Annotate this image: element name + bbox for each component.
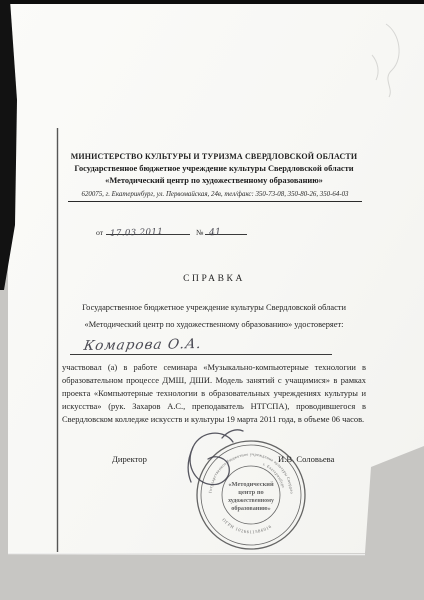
scanned-certificate-page: МИНИСТЕРСТВО КУЛЬТУРЫ И ТУРИЗМА СВЕРДЛОВ… xyxy=(0,0,424,600)
document-title: СПРАВКА xyxy=(62,274,366,284)
handwritten-number: 41 xyxy=(209,227,222,239)
stamp-ogrn-text: ОГРН 1026611586016 xyxy=(221,517,272,534)
stamp-center-text: «Методический центр по художественному о… xyxy=(228,481,274,512)
stamp-center-line2: центр по xyxy=(238,489,263,496)
reference-row: от 17.03.2011 № 41 xyxy=(62,220,366,240)
official-round-stamp: Государственное бюджетное учреждение кул… xyxy=(190,434,312,556)
letterhead-address-line: 620075, г. Екатеринбург, ул. Первомайска… xyxy=(68,191,362,202)
number-label: № xyxy=(196,228,203,237)
intro-paragraph: Государственное бюджетное учреждение кул… xyxy=(62,299,366,333)
recipient-name-line: Комарова О.А. xyxy=(70,330,332,355)
scan-edge-top xyxy=(0,0,424,4)
stamp-center-line4: образованию» xyxy=(231,505,271,512)
handwritten-date: 17.03.2011 xyxy=(110,227,164,239)
letterhead-center-name-line: «Методический центр по художественному о… xyxy=(62,176,366,185)
director-position-label: Директор xyxy=(112,454,147,464)
stamp-center-line1: «Методический xyxy=(228,481,274,488)
stamp-ogrn-textpath: ОГРН 1026611586016 xyxy=(221,517,272,534)
intro-line-1: Государственное бюджетное учреждение кул… xyxy=(62,299,366,316)
body-paragraph: участвовал (а) в работе семинара «Музыка… xyxy=(62,361,366,426)
date-from-label: от xyxy=(96,228,103,237)
stamp-center-line3: художественному xyxy=(228,498,274,504)
letterhead-ministry-line: МИНИСТЕРСТВО КУЛЬТУРЫ И ТУРИЗМА СВЕРДЛОВ… xyxy=(62,152,366,161)
letterhead-institution-line: Государственное бюджетное учреждение кул… xyxy=(62,164,366,173)
handwritten-recipient-name: Комарова О.А. xyxy=(83,336,204,354)
